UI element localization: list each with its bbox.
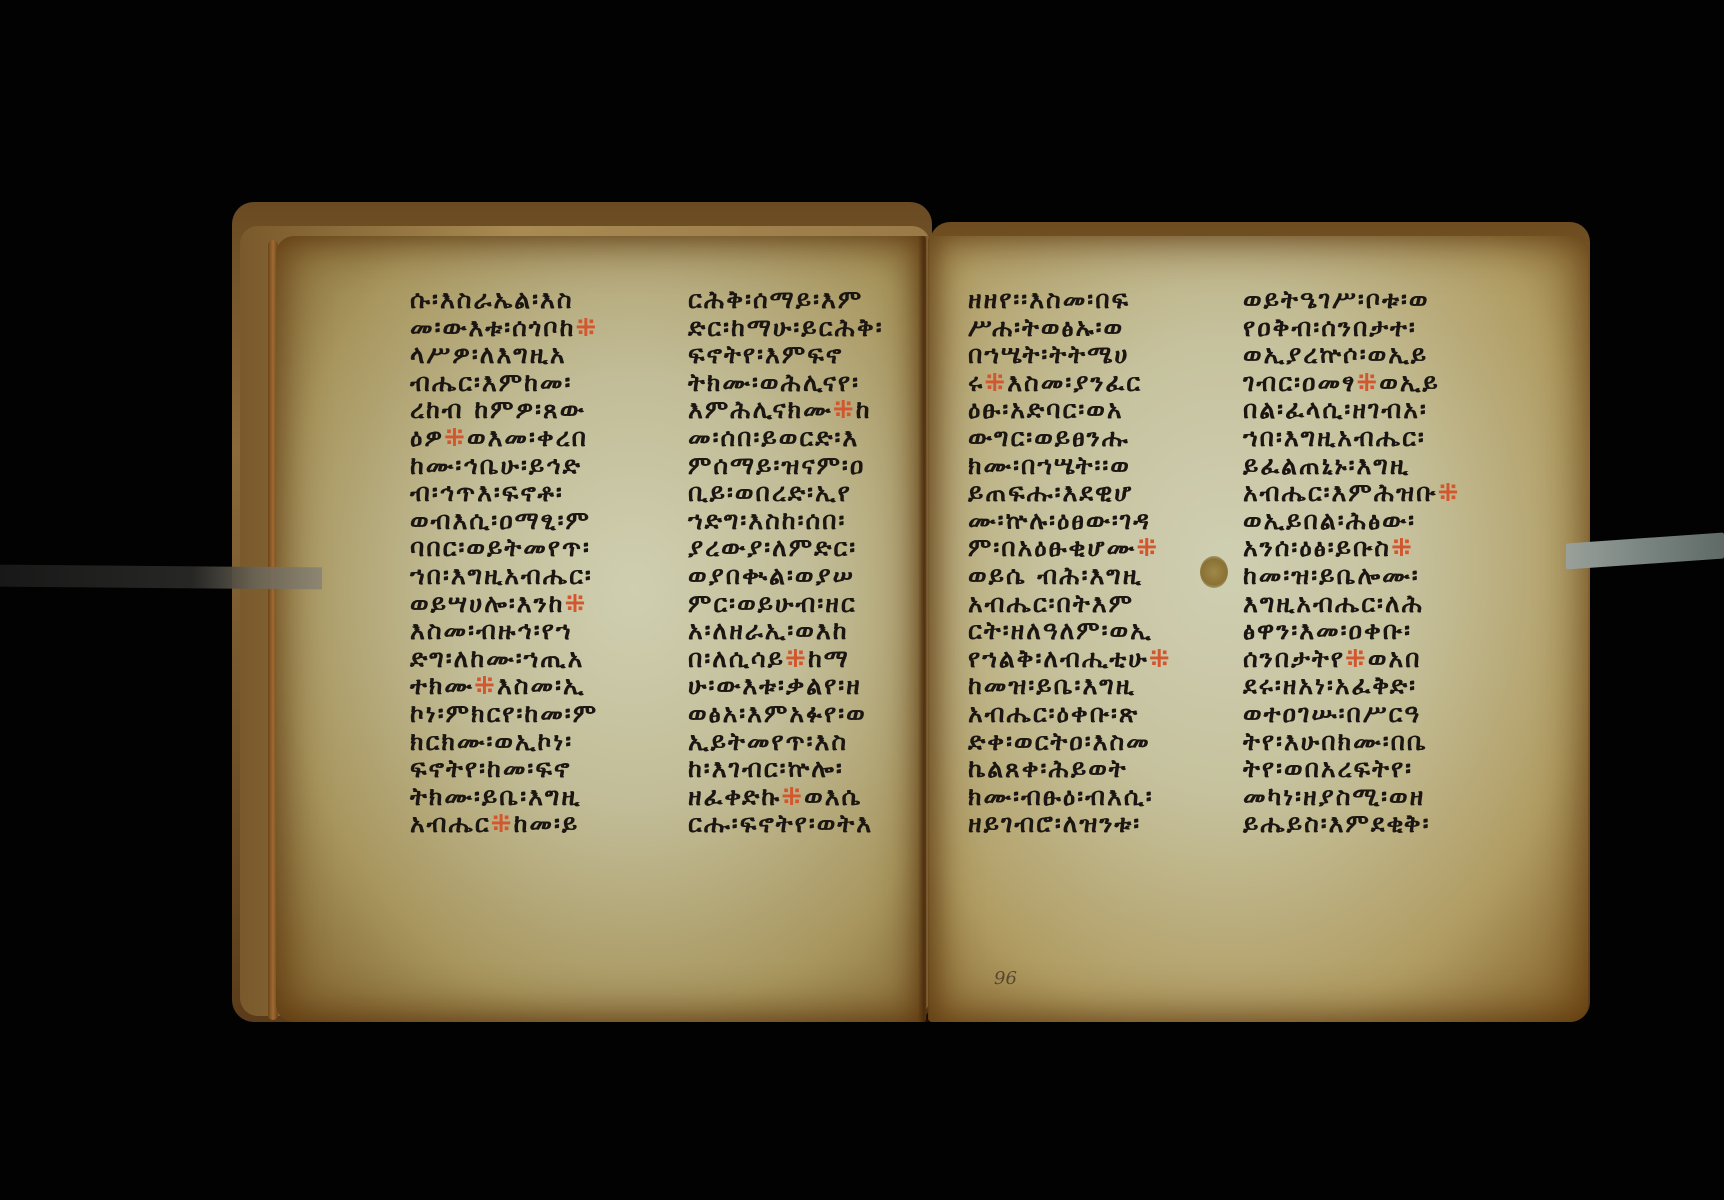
- manuscript-line: ርት፡ዘለዓለም፡ወኢ: [968, 617, 1172, 645]
- manuscript-line: ዘይገብሮ፡ለዝንቱ፡: [968, 810, 1172, 838]
- manuscript-line: ትክሙ፡ወሕሊናየ፡: [688, 369, 884, 397]
- manuscript-line: ወያበቊል፡ወያሠ: [688, 562, 884, 590]
- manuscript-line: በል፡ፈላሲ፡ዘገብአ፡: [1243, 396, 1460, 424]
- manuscript-line: ምር፡ወይሁብ፡ዘር: [688, 590, 884, 618]
- manuscript-line: ሁ፡ውእቱ፡ቃልየ፡ዘ: [688, 672, 884, 700]
- manuscript-line: የዐቅብ፡ሰንበታተ፡: [1243, 314, 1460, 342]
- manuscript-line: ወኢይበል፡ሕፅው፡: [1243, 507, 1460, 535]
- manuscript-line: ኀድግ፡እስከ፡ሰበ፡: [688, 507, 884, 535]
- manuscript-line: ወይሴ ብሕ፡እግዚ: [968, 562, 1172, 590]
- manuscript-line: ከመዝ፡ይቤ፡እግዚ: [968, 672, 1172, 700]
- manuscript-line: ምሰማይ፡ዝናም፡ዐ: [688, 452, 884, 480]
- manuscript-line: በ፡ለሲሳይ⁜ከማ: [688, 645, 884, 673]
- left-page-column-1: ሱ፡እስራኤል፡እስመ፡ውእቱ፡ሰጎቦከ⁜ላሥዎ፡ለእግዚአብሔር፡እምከመ፡ረ…: [410, 286, 598, 838]
- manuscript-line: ትየ፡ወበአረፍትየ፡: [1243, 755, 1460, 783]
- manuscript-line: ትክሙ፡ይቤ፡እግዚ: [410, 783, 598, 811]
- left-page-holder-strip: [0, 565, 322, 590]
- right-page-column-2: ወይትዔገሥ፡ቦቱ፡ወየዐቅብ፡ሰንበታተ፡ወኢያረኵሶ፡ወኢይገብር፡ዐመፃ⁜…: [1243, 286, 1460, 838]
- manuscript-line: ድር፡ከማሁ፡ይርሕቅ፡: [688, 314, 884, 342]
- manuscript-line: እምሕሊናክሙ⁜ከ: [688, 396, 884, 424]
- manuscript-line: ብሔር፡እምከመ፡: [410, 369, 598, 397]
- page-number: 96: [994, 968, 1017, 989]
- manuscript-line: ዘዘየ፡፡እስመ፡በፍ: [968, 286, 1172, 314]
- manuscript-line: እስመ፡ብዙኅ፡የኀ: [410, 617, 598, 645]
- rubrication-cross-icon: ⁜: [781, 782, 804, 811]
- manuscript-line: ም፡በአዕፁቂሆሙ⁜: [968, 534, 1172, 562]
- parchment-stain: [1200, 556, 1228, 588]
- rubrication-cross-icon: ⁜: [1391, 533, 1414, 562]
- rubrication-cross-icon: ⁜: [575, 313, 598, 342]
- manuscript-line: ገብር፡ዐመፃ⁜ወኢይ: [1243, 369, 1460, 397]
- rubrication-cross-icon: ⁜: [474, 671, 497, 700]
- manuscript-line: ውግር፡ወይፀንሑ: [968, 424, 1172, 452]
- manuscript-line: ይፈልጠኒኑ፡እግዚ: [1243, 452, 1460, 480]
- manuscript-line: መ፡ሰበ፡ይወርድ፡እ: [688, 424, 884, 452]
- manuscript-line: ርሑ፡ፍኖትየ፡ወትእ: [688, 810, 884, 838]
- manuscript-line: ወይሣሀሎ፡እንከ⁜: [410, 590, 598, 618]
- manuscript-line: በኀሤት፡ትትሜሀ: [968, 341, 1172, 369]
- manuscript-line: ክሙ፡በኀሤት፡፡ወ: [968, 452, 1172, 480]
- rubrication-cross-icon: ⁜: [444, 423, 467, 452]
- manuscript-line: አ፡ለዘራኢ፡ወእከ: [688, 617, 884, 645]
- manuscript-line: አብሔር⁜ከመ፡ይ: [410, 810, 598, 838]
- rubrication-cross-icon: ⁜: [785, 644, 808, 673]
- manuscript-line: ሱ፡እስራኤል፡እስ: [410, 286, 598, 314]
- manuscript-line: ክሙ፡ብፁዕ፡ብእሲ፡: [968, 783, 1172, 811]
- manuscript-line: ፅዋን፡እመ፡ዐቀቡ፡: [1243, 617, 1460, 645]
- manuscript-line: አንሰ፡ዕፅ፡ይቡስ⁜: [1243, 534, 1460, 562]
- manuscript-line: ወኢያረኵሶ፡ወኢይ: [1243, 341, 1460, 369]
- rubrication-cross-icon: ⁜: [1136, 533, 1159, 562]
- manuscript-line: ብ፡ኅጥእ፡ፍኖቶ፡: [410, 479, 598, 507]
- manuscript-line: ተክሙ⁜እስመ፡ኢ: [410, 672, 598, 700]
- manuscript-line: ከሙ፡ኅቤሁ፡ይኅድ: [410, 452, 598, 480]
- manuscript-line: መ፡ውእቱ፡ሰጎቦከ⁜: [410, 314, 598, 342]
- manuscript-line: ድግ፡ለከሙ፡ኀጢአ: [410, 645, 598, 673]
- manuscript-line: እግዚአብሔር፡ለሕ: [1243, 590, 1460, 618]
- manuscript-line: ኀበ፡እግዚአብሔር፡: [410, 562, 598, 590]
- manuscript-line: ባበር፡ወይትመየጥ፡: [410, 534, 598, 562]
- manuscript-line: አብሔር፡እምሕዝቡ⁜: [1243, 479, 1460, 507]
- manuscript-line: ሥሐ፡ትወፅኡ፡ወ: [968, 314, 1172, 342]
- rubrication-cross-icon: ⁜: [1437, 478, 1460, 507]
- left-page-column-2: ርሕቅ፡ሰማይ፡እምድር፡ከማሁ፡ይርሕቅ፡ፍኖትየ፡እምፍኖትክሙ፡ወሕሊናየ…: [688, 286, 884, 838]
- manuscript-line: ኀበ፡እግዚአብሔር፡: [1243, 424, 1460, 452]
- manuscript-line: ኬልጸቀ፡ሕይወት: [968, 755, 1172, 783]
- rubrication-cross-icon: ⁜: [833, 395, 856, 424]
- manuscript-line: ፍኖትየ፡ከመ፡ፍኖ: [410, 755, 598, 783]
- manuscript-line: ወይትዔገሥ፡ቦቱ፡ወ: [1243, 286, 1460, 314]
- manuscript-line: ያረውያ፡ለምድር፡: [688, 534, 884, 562]
- manuscript-line: ድቀ፡ወርትዐ፡እስመ: [968, 728, 1172, 756]
- manuscript-line: ሰንበታትየ⁜ወአበ: [1243, 645, 1460, 673]
- manuscript-line: ርሕቅ፡ሰማይ፡እም: [688, 286, 884, 314]
- manuscript-line: ወብእሲ፡ዐማፂ፡ም: [410, 507, 598, 535]
- right-page-column-1: ዘዘየ፡፡እስመ፡በፍሥሐ፡ትወፅኡ፡ወበኀሤት፡ትትሜሀሩ⁜እስመ፡ያንፈርዕ…: [968, 286, 1172, 838]
- rubrication-cross-icon: ⁜: [984, 368, 1007, 397]
- manuscript-line: ኮነ፡ምክርየ፡ከመ፡ም: [410, 700, 598, 728]
- manuscript-line: ከመ፡ዝ፡ይቤሎሙ፡: [1243, 562, 1460, 590]
- manuscript-line: ይጠፍሑ፡እደዊሆ: [968, 479, 1172, 507]
- manuscript-line: ላሥዎ፡ለእግዚአ: [410, 341, 598, 369]
- rubrication-cross-icon: ⁜: [1149, 644, 1172, 673]
- rubrication-cross-icon: ⁜: [564, 589, 587, 618]
- manuscript-line: ዕዎ⁜ወእመ፡ቀረበ: [410, 424, 598, 452]
- manuscript-line: ይሔይስ፡እምደቂቅ፡: [1243, 810, 1460, 838]
- manuscript-line: ቢይ፡ወበረድ፡ኢየ: [688, 479, 884, 507]
- manuscript-line: መካነ፡ዘያስሚ፡ወዘ: [1243, 783, 1460, 811]
- manuscript-line: ትየ፡እሁበክሙ፡በቤ: [1243, 728, 1460, 756]
- rubrication-cross-icon: ⁜: [1345, 644, 1368, 673]
- book-gutter: [918, 236, 930, 1022]
- manuscript-line: ክርክሙ፡ወኢኮነ፡: [410, 728, 598, 756]
- manuscript-line: የኀልቅ፡ለብሒቲሁ⁜: [968, 645, 1172, 673]
- manuscript-line: አብሔር፡በትእም: [968, 590, 1172, 618]
- manuscript-line: አብሔር፡ዕቀቡ፡ጽ: [968, 700, 1172, 728]
- photo-background: ሱ፡እስራኤል፡እስመ፡ውእቱ፡ሰጎቦከ⁜ላሥዎ፡ለእግዚአብሔር፡እምከመ፡ረ…: [0, 0, 1724, 1200]
- manuscript-line: ከ፡እገብር፡ኵሎ፡: [688, 755, 884, 783]
- rubrication-cross-icon: ⁜: [491, 809, 514, 838]
- manuscript-line: ረከብ ከምዎ፡ጸው: [410, 396, 598, 424]
- manuscript-line: ወፅአ፡እምአፉየ፡ወ: [688, 700, 884, 728]
- manuscript-line: ወተዐገሡ፡በሥርዓ: [1243, 700, 1460, 728]
- manuscript-line: ደሩ፡ዘአነ፡አፈቅድ፡: [1243, 672, 1460, 700]
- manuscript-line: ፍኖትየ፡እምፍኖ: [688, 341, 884, 369]
- manuscript-line: ሙ፡ኵሉ፡ዕፀው፡ገዳ: [968, 507, 1172, 535]
- manuscript-line: ዕፁ፡አድባር፡ወአ: [968, 396, 1172, 424]
- manuscript-line: ኢይትመየጥ፡እስ: [688, 728, 884, 756]
- manuscript-line: ሩ⁜እስመ፡ያንፈር: [968, 369, 1172, 397]
- rubrication-cross-icon: ⁜: [1356, 368, 1379, 397]
- manuscript-line: ዘፈቀድኩ⁜ወእሴ: [688, 783, 884, 811]
